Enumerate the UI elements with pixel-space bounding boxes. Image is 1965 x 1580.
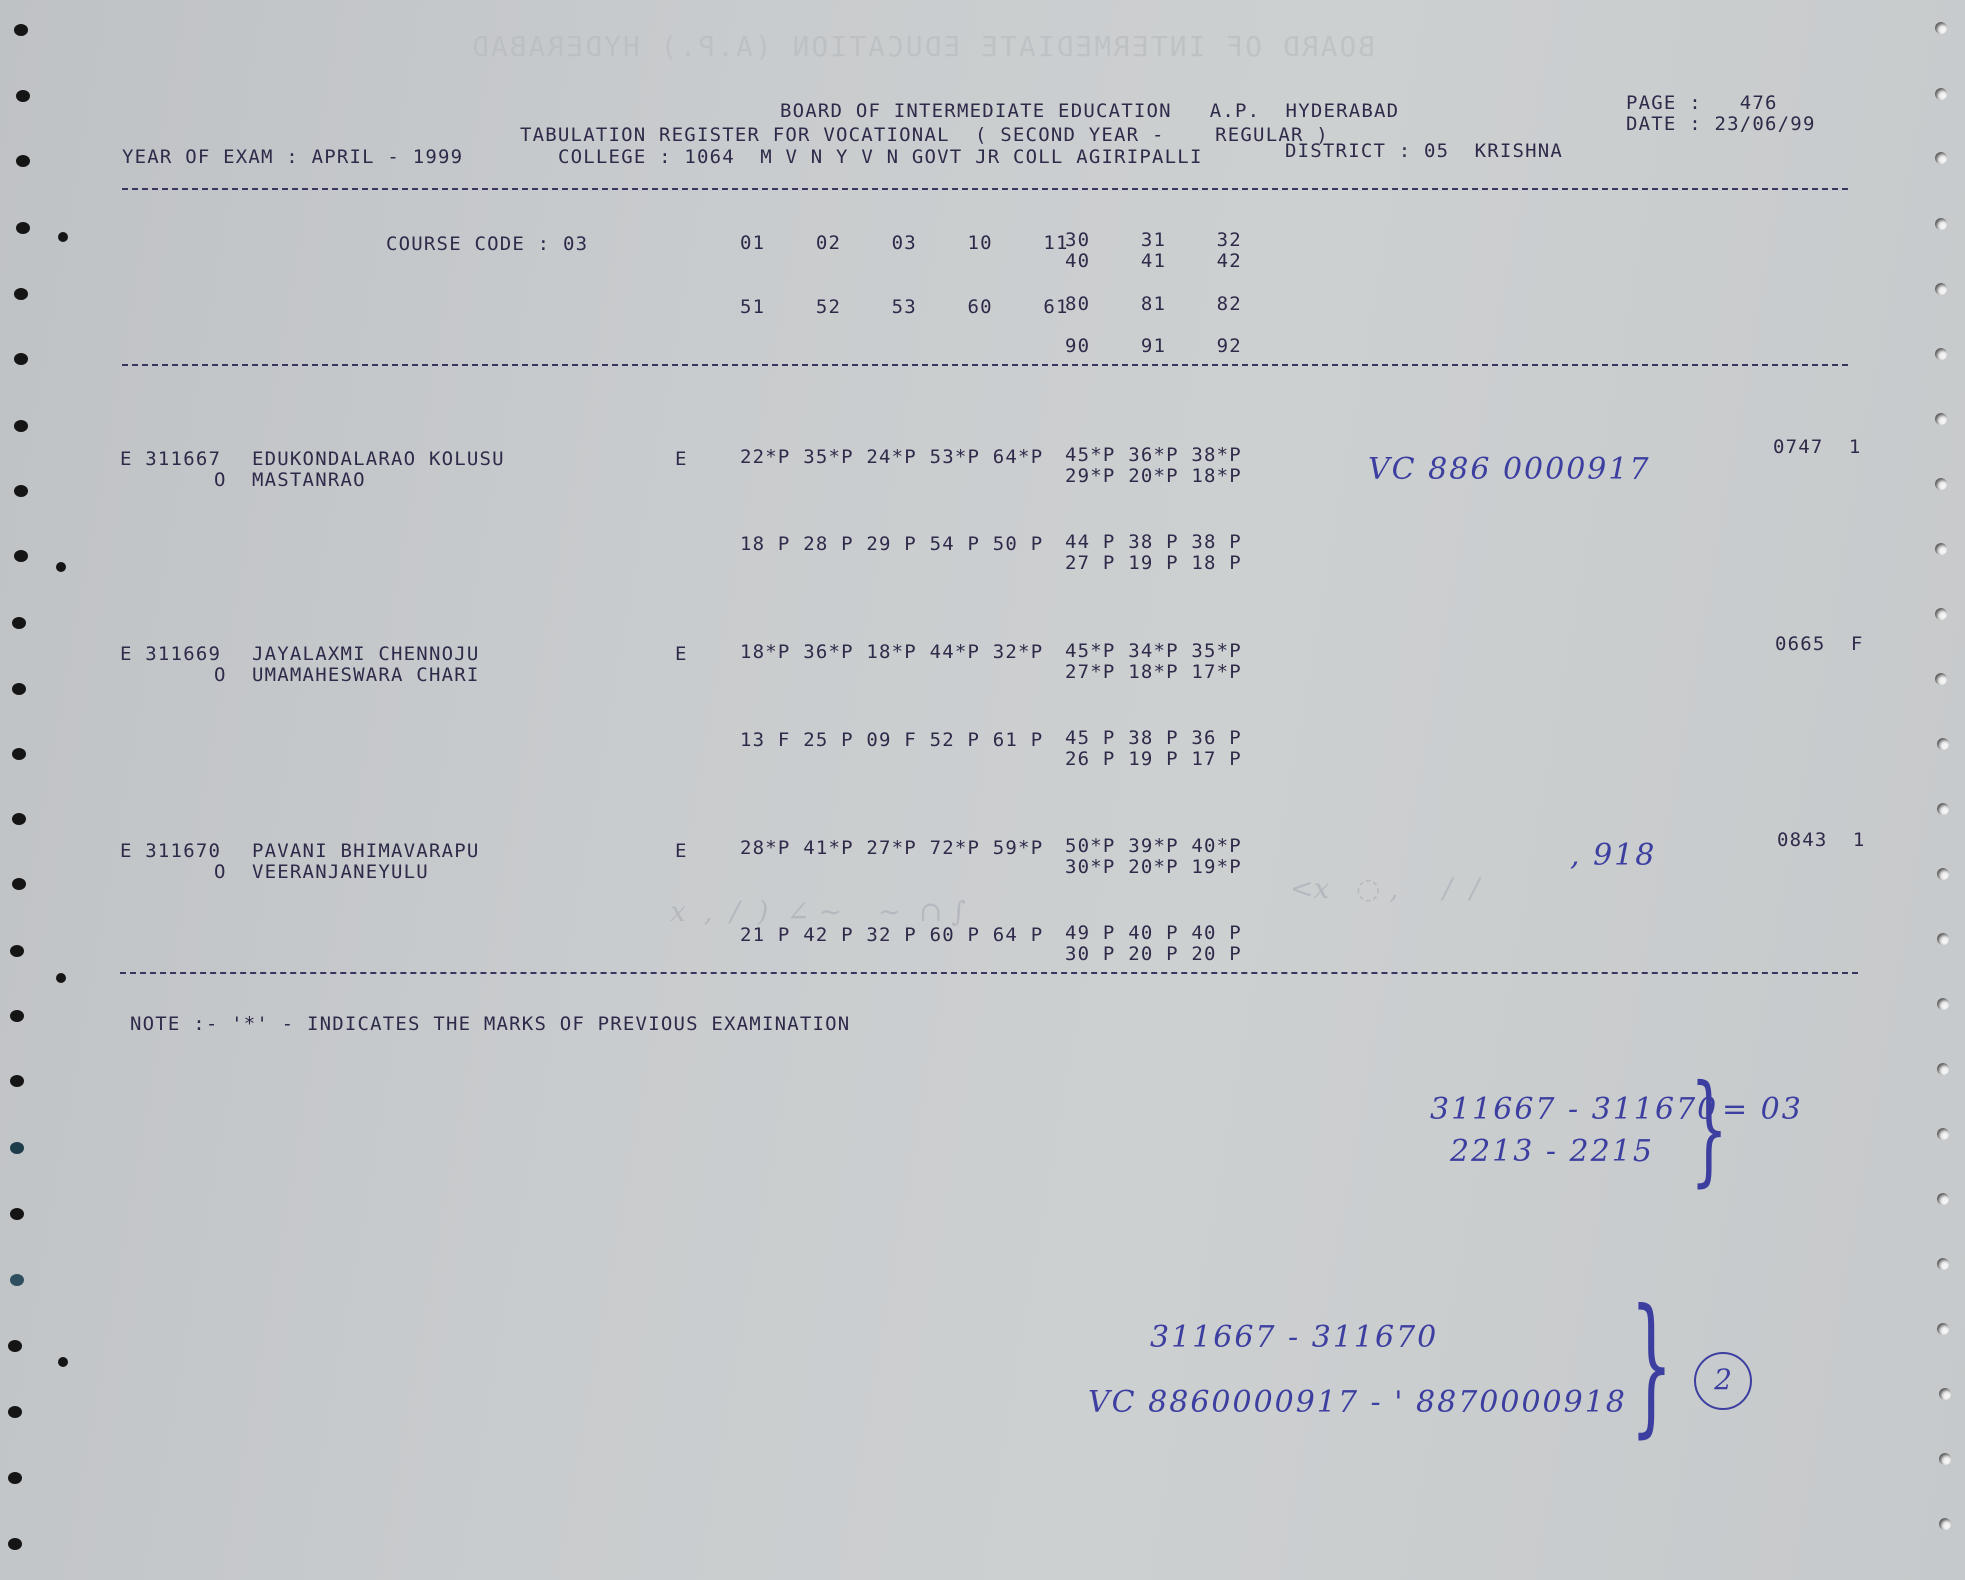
total-and-result: 0747 1 bbox=[1773, 436, 1861, 458]
student-name: PAVANI BHIMAVARAPU bbox=[252, 840, 480, 862]
previous-marks-main: 22*P 35*P 24*P 53*P 64*P bbox=[740, 446, 1043, 468]
hall-ticket-number: E 311670 bbox=[120, 840, 221, 862]
count-result: = 03 bbox=[1722, 1092, 1803, 1127]
total-and-result: 0843 1 bbox=[1777, 829, 1865, 851]
hall-ticket-number: E 311667 bbox=[120, 448, 221, 470]
father-name: UMAMAHESWARA CHARI bbox=[252, 664, 480, 686]
current-marks-main: 18 P 28 P 29 P 54 P 50 P bbox=[740, 533, 1043, 555]
father-prefix: O bbox=[214, 861, 227, 883]
father-name: MASTANRAO bbox=[252, 469, 366, 491]
current-marks-group: 44 P 38 P 38 P bbox=[1065, 531, 1242, 553]
course-code: COURSE CODE : 03 bbox=[386, 233, 588, 255]
previous-marks-main: 28*P 41*P 27*P 72*P 59*P bbox=[740, 837, 1043, 859]
subject-codes-row2: 51 52 53 60 61 bbox=[740, 296, 1069, 318]
roll-range: 311667 - 311670 bbox=[1150, 1320, 1438, 1355]
medium: E bbox=[675, 448, 688, 470]
previous-marks-group: 45*P 36*P 38*P bbox=[1065, 444, 1242, 466]
current-marks-sub: 27 P 19 P 18 P bbox=[1065, 552, 1242, 574]
circled-number: 2 bbox=[1694, 1352, 1752, 1410]
tractor-feed-holes-right bbox=[1925, 0, 1965, 1580]
previous-marks-sub: 27*P 18*P 17*P bbox=[1065, 661, 1242, 683]
curly-brace-icon: } bbox=[1690, 1070, 1728, 1190]
current-marks-sub: 30 P 20 P 20 P bbox=[1065, 943, 1242, 965]
hall-ticket-number: E 311669 bbox=[120, 643, 221, 665]
faint-pencil-marks: <x ◌ ‚ / / bbox=[1290, 872, 1479, 905]
father-prefix: O bbox=[214, 469, 227, 491]
handwritten-certificate-number: VC 886 0000917 bbox=[1368, 452, 1651, 487]
current-marks-sub: 26 P 19 P 17 P bbox=[1065, 748, 1242, 770]
subject-codes-row2-group: 80 81 82 bbox=[1065, 293, 1242, 315]
college-info: COLLEGE : 1064 M V N Y V N GOVT JR COLL … bbox=[558, 146, 1203, 168]
register-title: TABULATION REGISTER FOR VOCATIONAL ( SEC… bbox=[520, 124, 1329, 146]
father-prefix: O bbox=[214, 664, 227, 686]
subject-codes-row1: 01 02 03 10 11 bbox=[740, 232, 1069, 254]
divider-top bbox=[122, 188, 1848, 190]
father-name: VEERANJANEYULU bbox=[252, 861, 429, 883]
total-and-result: 0665 F bbox=[1775, 633, 1863, 655]
current-marks-group: 49 P 40 P 40 P bbox=[1065, 922, 1242, 944]
tractor-feed-holes-left bbox=[0, 0, 40, 1580]
previous-marks-group: 50*P 39*P 40*P bbox=[1065, 835, 1242, 857]
previous-marks-group: 45*P 34*P 35*P bbox=[1065, 640, 1242, 662]
year-of-exam: YEAR OF EXAM : APRIL - 1999 bbox=[122, 146, 463, 168]
student-name: EDUKONDALARAO KOLUSU bbox=[252, 448, 505, 470]
show-through-heading: BOARD OF INTERMEDIATE EDUCATION (A.P.) H… bbox=[470, 30, 1375, 63]
page-number: PAGE : 476 bbox=[1626, 92, 1778, 114]
current-marks-group: 45 P 38 P 36 P bbox=[1065, 727, 1242, 749]
medium: E bbox=[675, 840, 688, 862]
certificate-range: VC 8860000917 - ' 8870000918 bbox=[1088, 1385, 1627, 1420]
tabulation-register-sheet: BOARD OF INTERMEDIATE EDUCATION (A.P.) H… bbox=[0, 0, 1965, 1580]
divider-bottom bbox=[120, 972, 1858, 974]
print-date: DATE : 23/06/99 bbox=[1626, 113, 1816, 135]
subject-codes-row1-sub: 40 41 42 bbox=[1065, 250, 1242, 272]
footnote: NOTE :- '*' - INDICATES THE MARKS OF PRE… bbox=[130, 1013, 850, 1035]
handwritten-certificate-number: , 918 bbox=[1570, 838, 1656, 873]
roll-range: 311667 - 311670 bbox=[1430, 1092, 1718, 1127]
serial-range: 2213 - 2215 bbox=[1450, 1134, 1654, 1169]
subject-codes-row3-group: 90 91 92 bbox=[1065, 335, 1242, 357]
previous-marks-sub: 29*P 20*P 18*P bbox=[1065, 465, 1242, 487]
medium: E bbox=[675, 643, 688, 665]
district-info: DISTRICT : 05 KRISHNA bbox=[1285, 140, 1563, 162]
student-name: JAYALAXMI CHENNOJU bbox=[252, 643, 480, 665]
board-heading: BOARD OF INTERMEDIATE EDUCATION A.P. HYD… bbox=[780, 100, 1399, 122]
divider-course bbox=[122, 364, 1848, 366]
current-marks-main: 13 F 25 P 09 F 52 P 61 P bbox=[740, 729, 1043, 751]
previous-marks-main: 18*P 36*P 18*P 44*P 32*P bbox=[740, 641, 1043, 663]
previous-marks-sub: 30*P 20*P 19*P bbox=[1065, 856, 1242, 878]
subject-codes-row1-group: 30 31 32 bbox=[1065, 229, 1242, 251]
curly-brace-icon: } bbox=[1630, 1290, 1673, 1440]
faint-pencil-marks: x , / ) ∠ ~ ~ ∩ ∫ bbox=[670, 895, 966, 928]
